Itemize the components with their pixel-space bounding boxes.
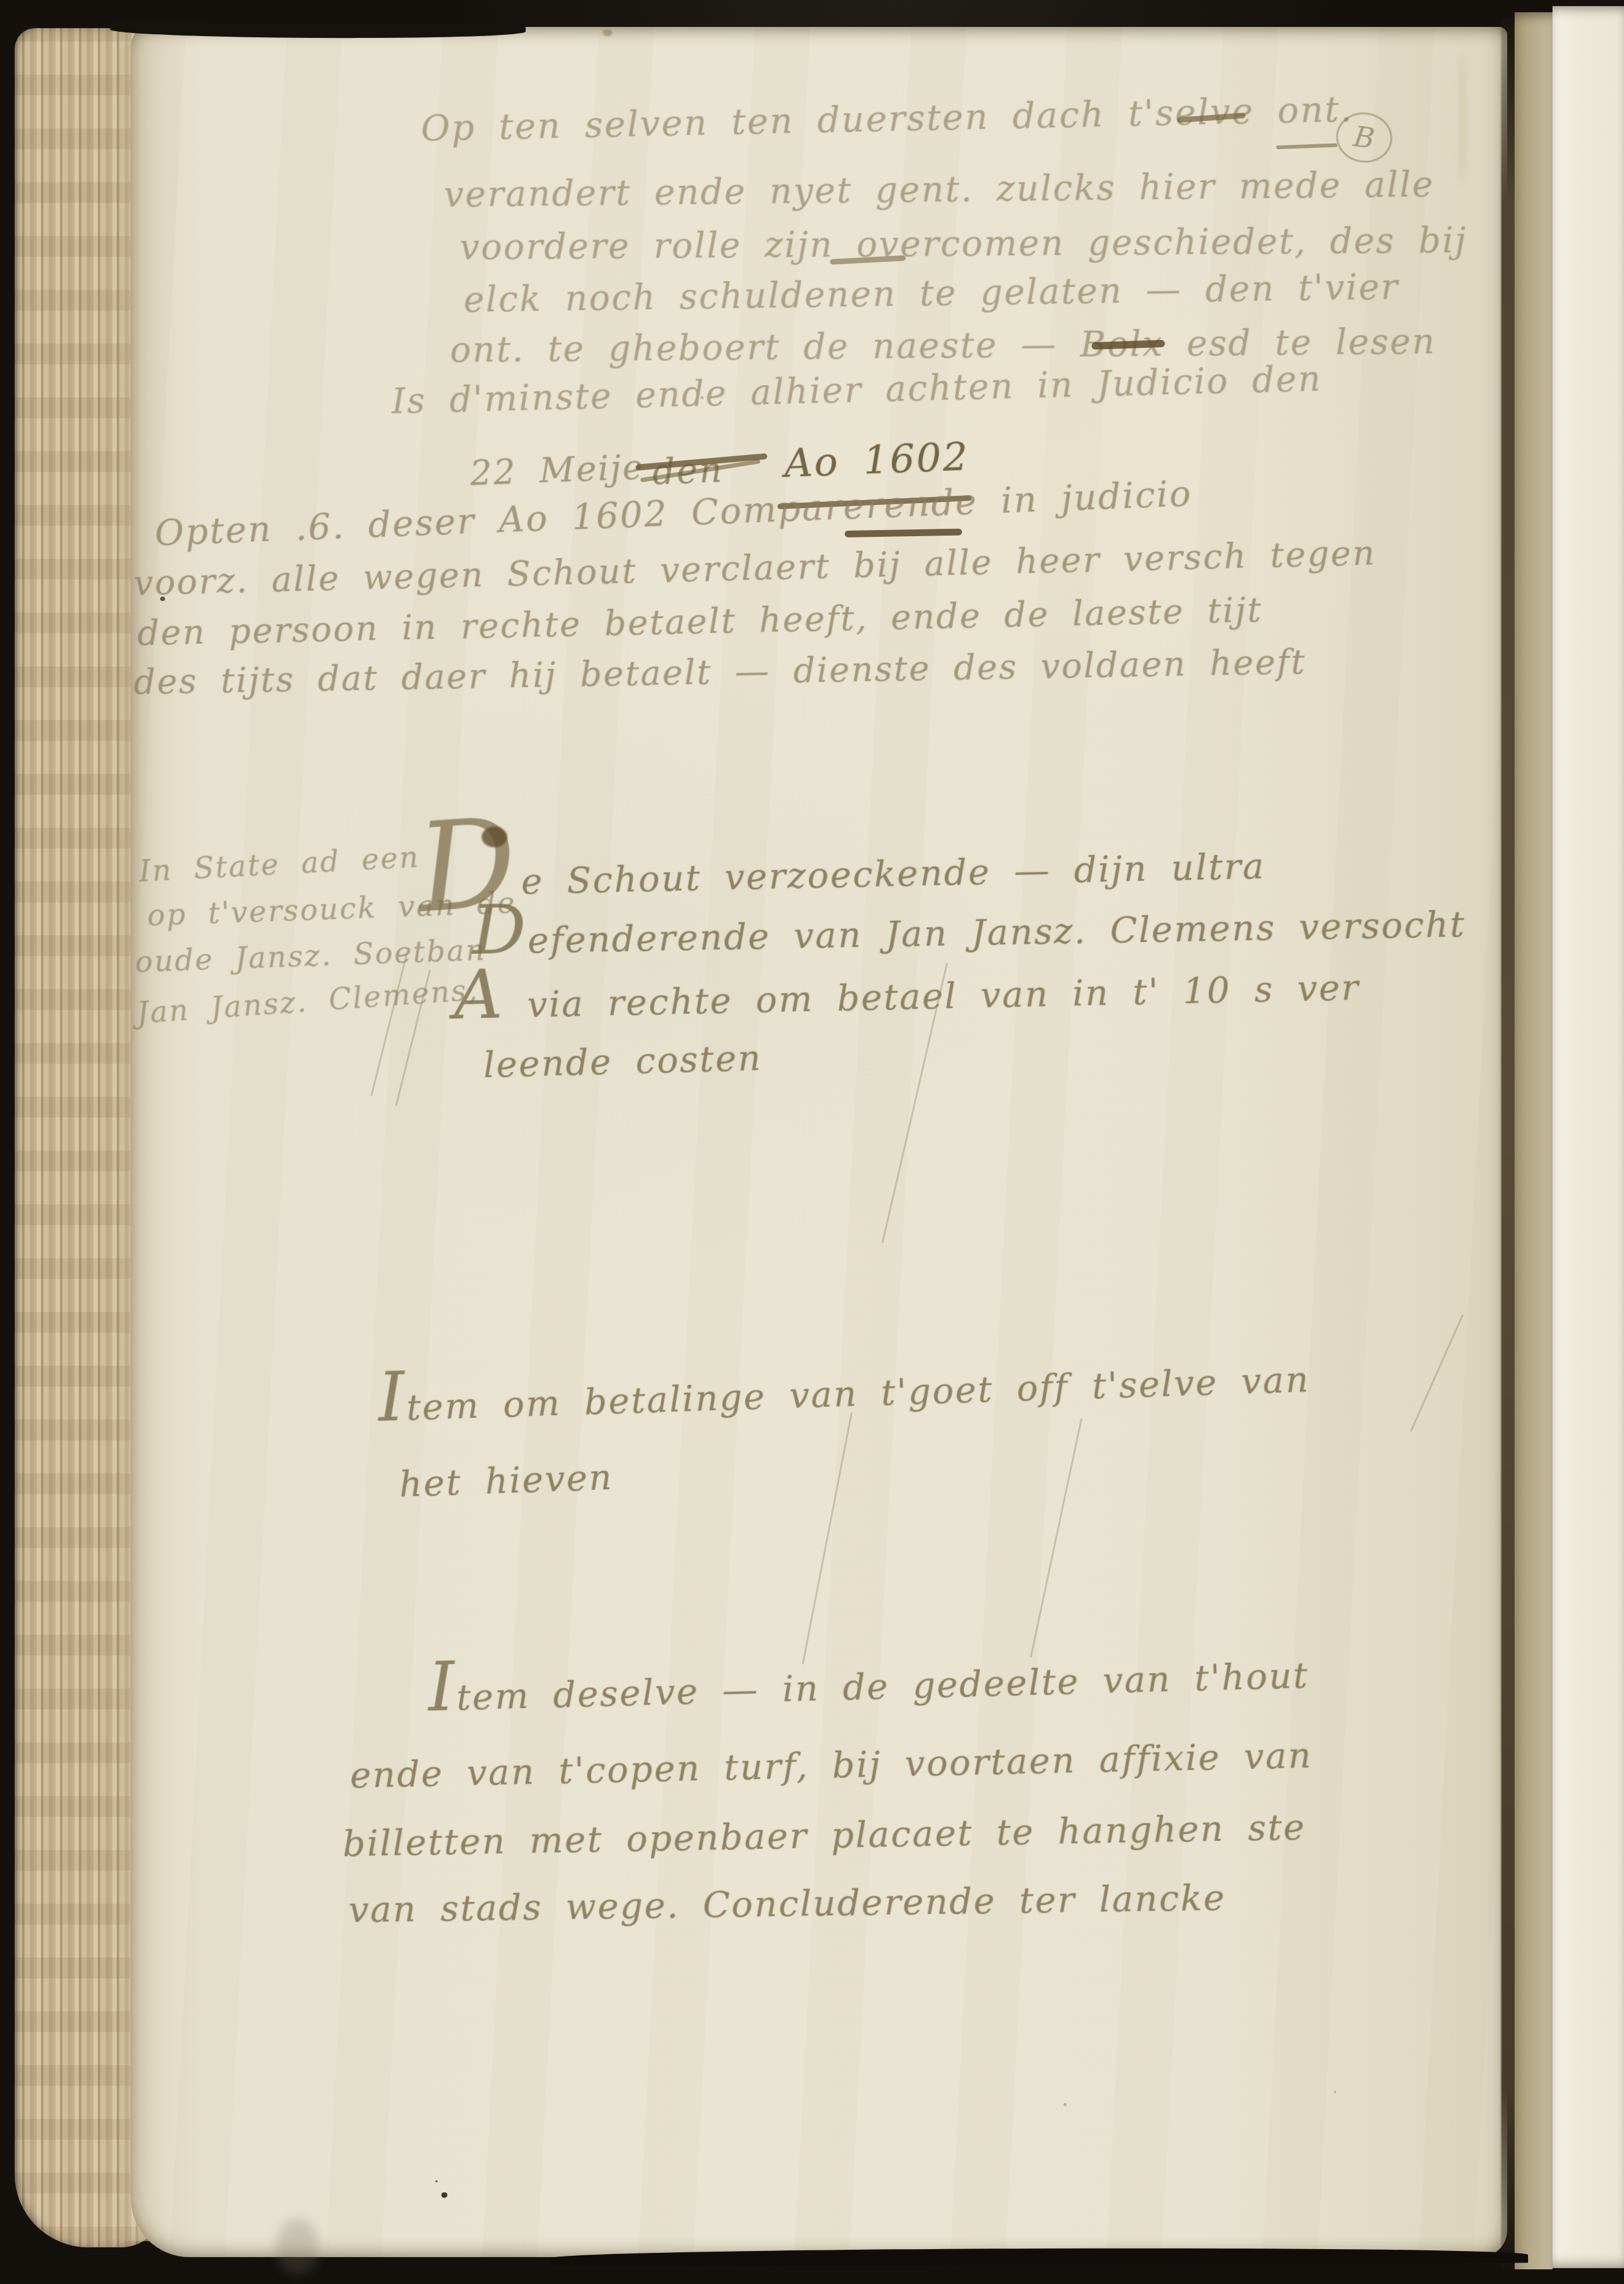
date-year: Ao 1602: [784, 435, 970, 487]
ink-blot: [482, 827, 507, 847]
facing-page-edge: [1552, 6, 1624, 2268]
ink-speck: [435, 2180, 438, 2183]
handwritten-line: het hieven: [399, 1456, 614, 1505]
circled-letter-text: B: [1352, 120, 1377, 155]
pencil-smudge: [276, 2219, 319, 2274]
stain-streak: [1458, 55, 1466, 183]
paper-speck: [700, 396, 704, 399]
manuscript-photo: Op ten selven ten duersten dach t'selve …: [0, 0, 1624, 2284]
handwritten-line: leende costen: [483, 1037, 763, 1086]
page-gutter-shadow: [1501, 18, 1516, 2268]
date-day: 22 Meije: [469, 448, 645, 493]
ink-speck: [441, 2192, 447, 2198]
stain: [603, 29, 612, 36]
paper-speck: [1334, 2091, 1336, 2093]
page-gutter: [1515, 12, 1552, 2269]
paper-speck: [160, 597, 165, 601]
paper-speck: [1064, 2103, 1067, 2106]
handwritten-line: voordere rolle zijn overcomen geschiedet…: [460, 220, 1468, 268]
